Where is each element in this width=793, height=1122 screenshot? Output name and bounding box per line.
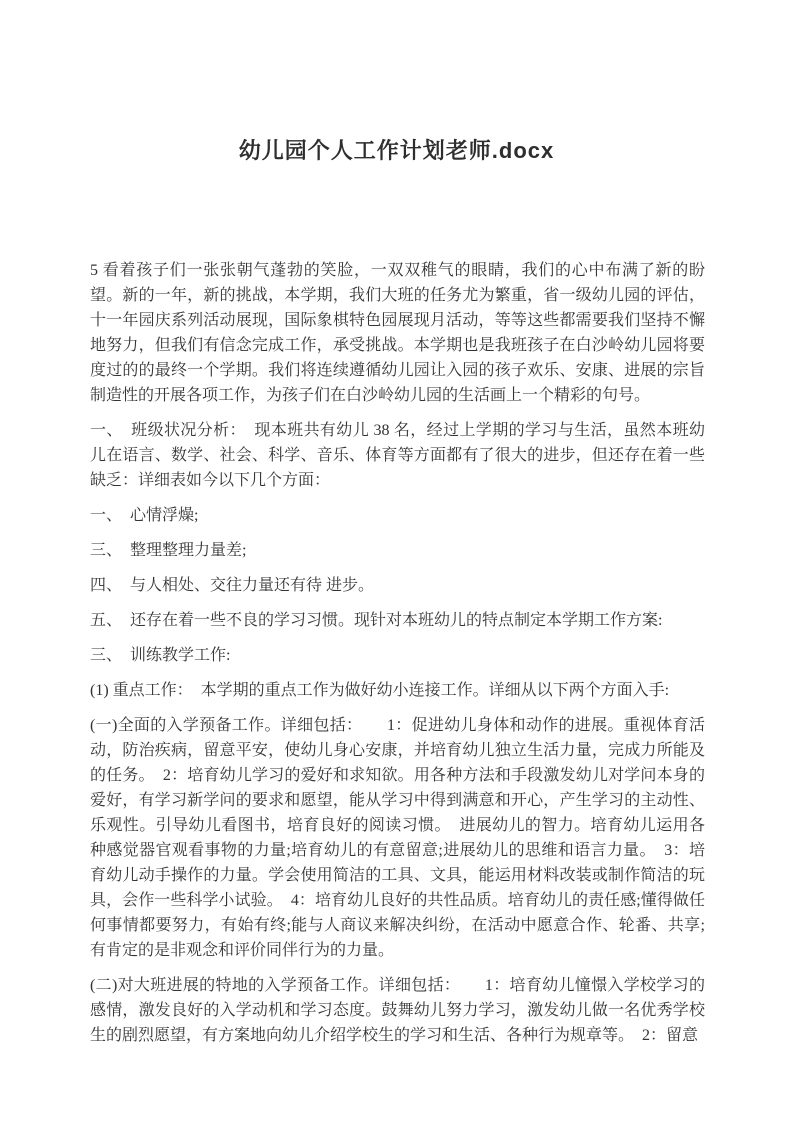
paragraph: 三、 整理整理力量差; bbox=[90, 538, 705, 563]
paragraph: 5 看着孩子们一张张朝气蓬勃的笑脸，一双双稚气的眼睛，我们的心中布满了新的盼望。… bbox=[90, 258, 705, 408]
paragraph: 三、 训练教学工作: bbox=[90, 643, 705, 668]
paragraph: (1) 重点工作： 本学期的重点工作为做好幼小连接工作。详细从以下两个方面入手: bbox=[90, 678, 705, 703]
paragraph: 五、 还存在着一些不良的学习习惯。现针对本班幼儿的特点制定本学期工作方案: bbox=[90, 608, 705, 633]
paragraph: (二)对大班进展的特地的入学预备工作。详细包括： 1：培育幼儿憧憬入学校学习的感… bbox=[90, 973, 705, 1048]
document-title: 幼儿园个人工作计划老师.docx bbox=[0, 0, 793, 166]
paragraph: 四、 与人相处、交往力量还有待 进步。 bbox=[90, 573, 705, 598]
paragraph: 一、 班级状况分析： 现本班共有幼儿 38 名，经过上学期的学习与生活，虽然本班… bbox=[90, 418, 705, 493]
paragraph: 一、 心情浮燥; bbox=[90, 503, 705, 528]
document-body: 5 看着孩子们一张张朝气蓬勃的笑脸，一双双稚气的眼睛，我们的心中布满了新的盼望。… bbox=[90, 258, 705, 1048]
paragraph: (一)全面的入学预备工作。详细包括： 1：促进幼儿身体和动作的进展。重视体育活动… bbox=[90, 713, 705, 963]
document-page: 幼儿园个人工作计划老师.docx 5 看着孩子们一张张朝气蓬勃的笑脸，一双双稚气… bbox=[0, 0, 793, 1122]
